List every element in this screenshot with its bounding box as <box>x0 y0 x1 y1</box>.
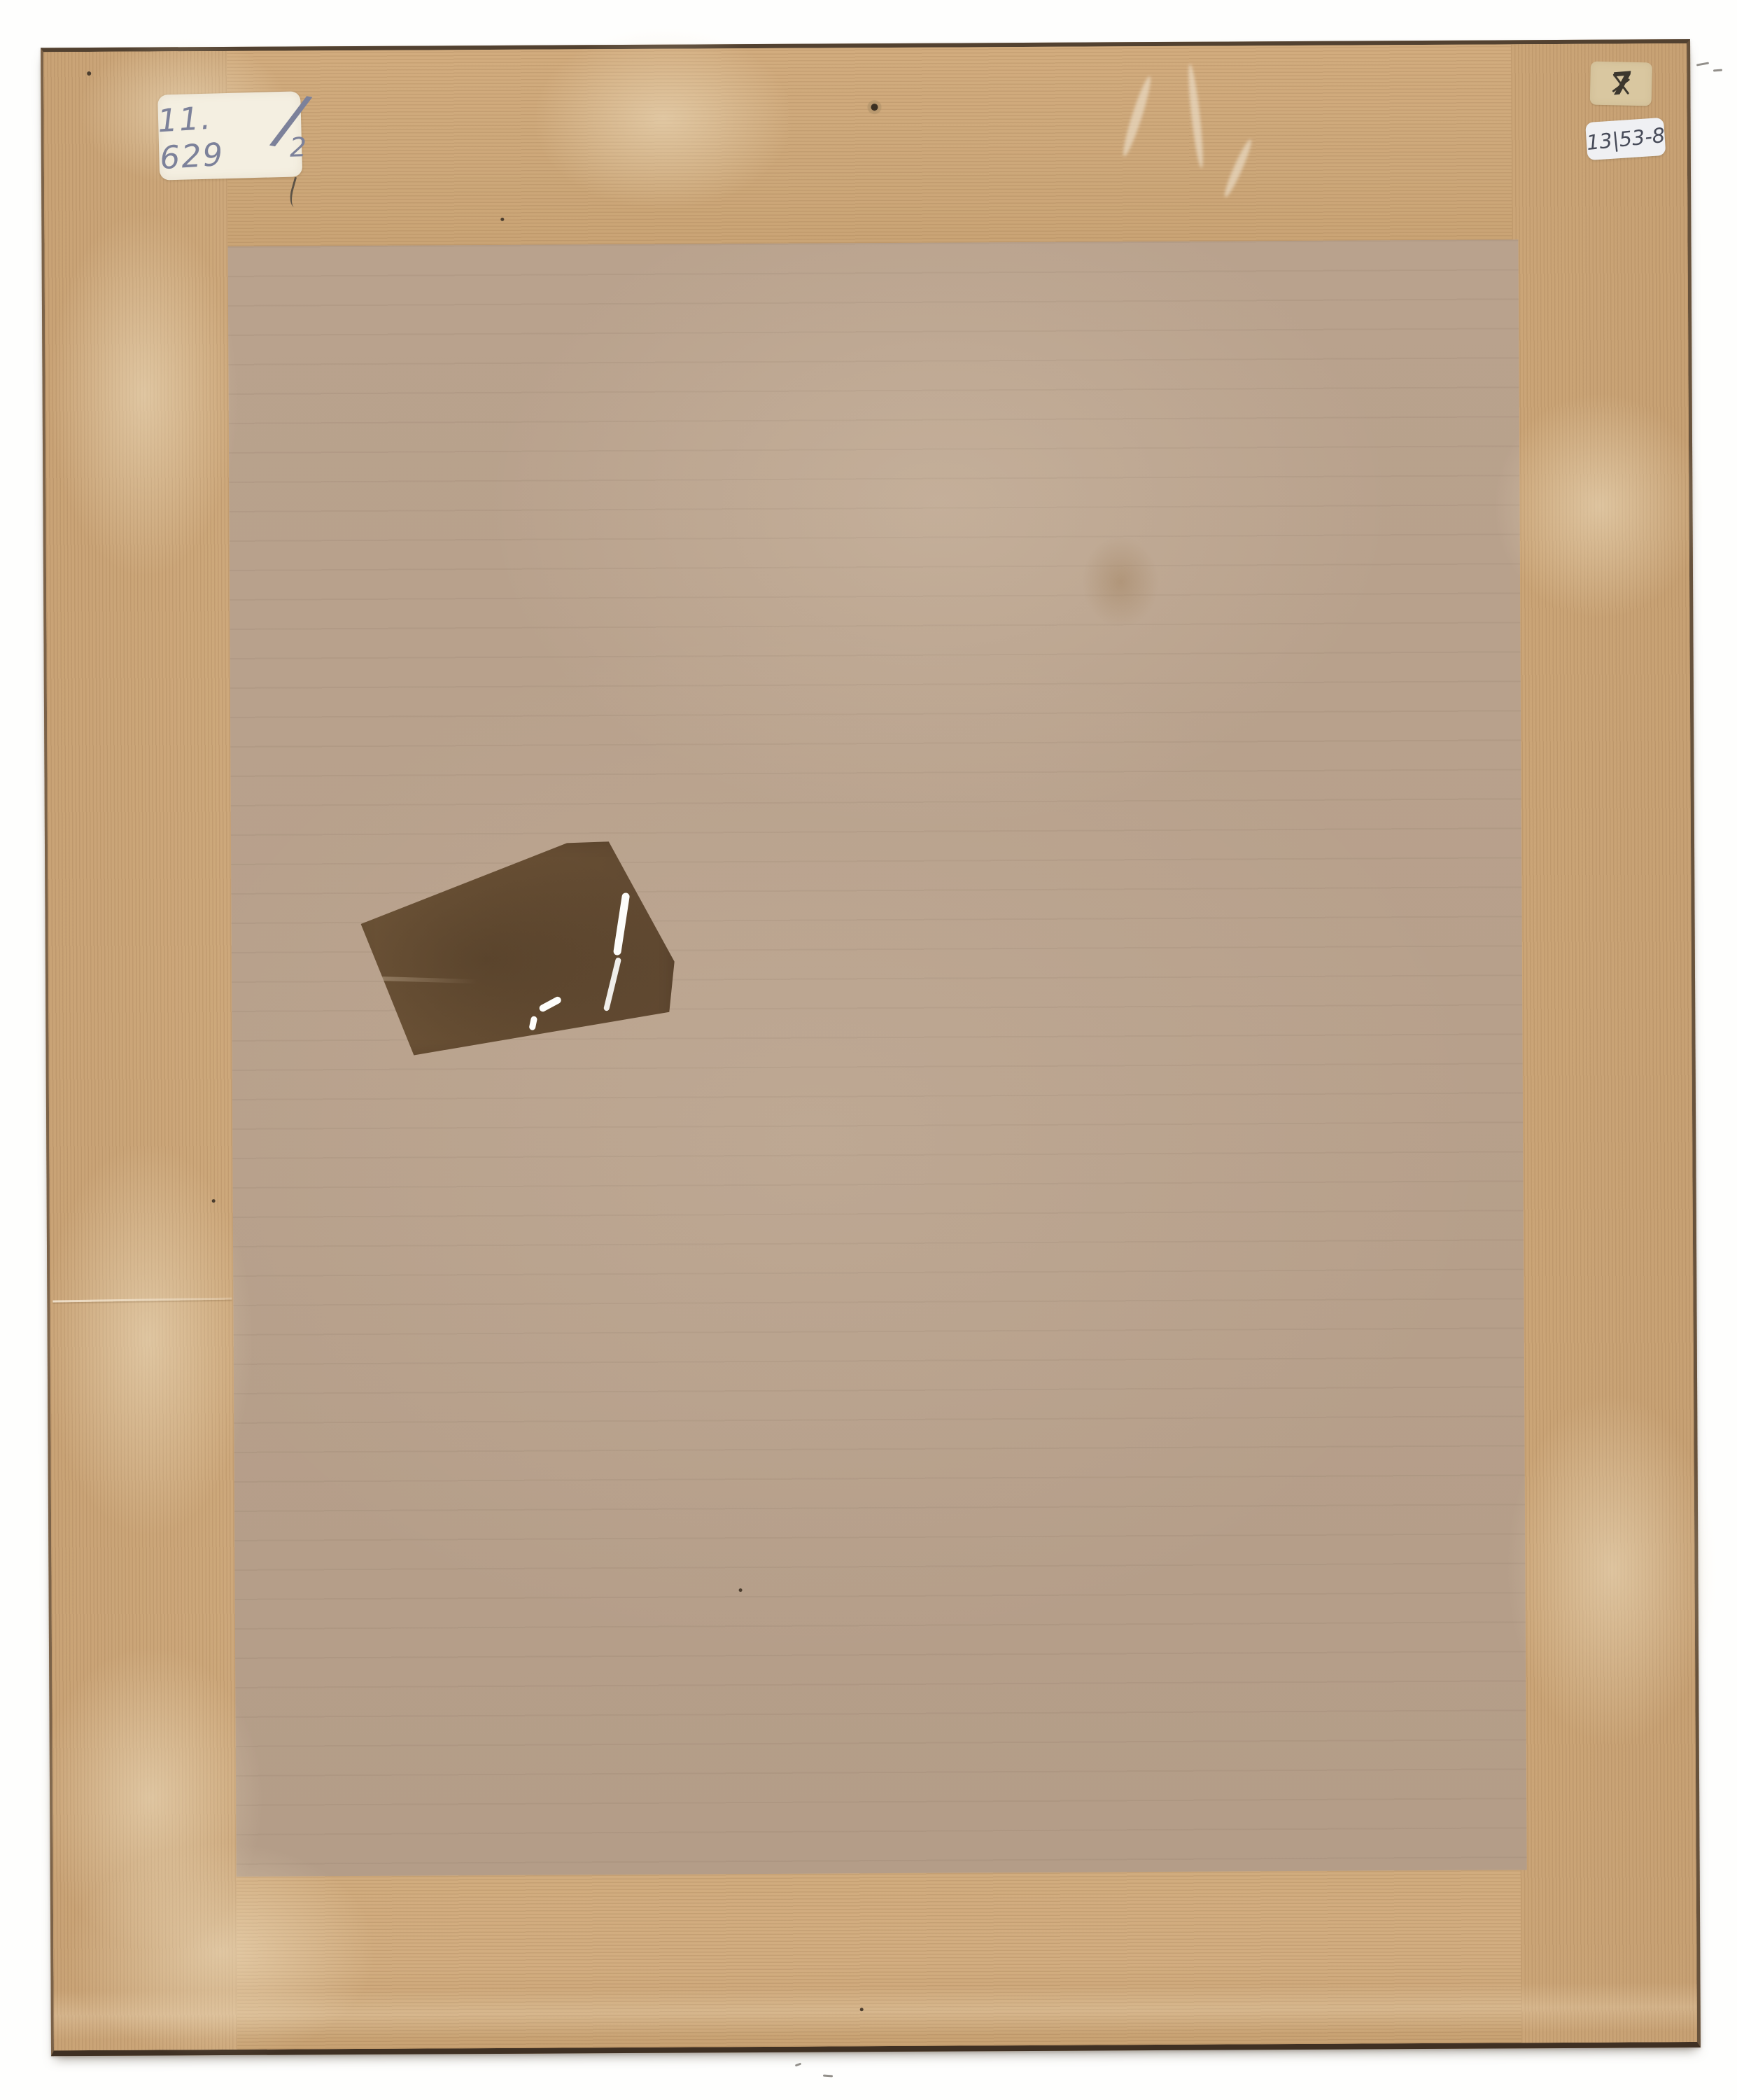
inventory-label-fraction: / 2 <box>267 91 302 177</box>
tape-highlight <box>538 995 563 1013</box>
water-stain <box>42 1143 254 1536</box>
tape-highlight <box>613 892 630 956</box>
water-stain <box>1494 393 1706 619</box>
tape-seam-highlight <box>54 1982 1697 2040</box>
backing-board <box>228 239 1527 1877</box>
tape-highlight <box>528 1016 537 1030</box>
pencil-dash <box>1696 62 1709 66</box>
speck <box>860 2008 864 2011</box>
catalog-label: 13|53-8 <box>1585 118 1666 160</box>
speck <box>500 218 504 221</box>
pencil-dash <box>1713 69 1722 72</box>
inventory-label-text: 11. 629 <box>157 96 271 176</box>
smudge <box>1082 536 1160 628</box>
water-stain <box>48 212 239 577</box>
number-label: 7 <box>1590 62 1652 106</box>
scuff-mark <box>1186 63 1205 168</box>
catalog-label-text: 13|53-8 <box>1585 123 1666 155</box>
crease-mark <box>52 1298 232 1303</box>
speck <box>212 1199 216 1203</box>
scuff-mark <box>1120 75 1155 158</box>
tape-highlight <box>603 957 621 1011</box>
scuff-mark <box>1221 138 1254 199</box>
photo-white-backdrop: 11. 629 / 2 7 13|53-8 <box>0 0 1737 2100</box>
pencil-dash <box>795 2063 801 2067</box>
water-stain <box>533 27 793 211</box>
nail-hole <box>871 104 878 111</box>
pencil-dash <box>823 2075 833 2078</box>
kraft-tape-strip-left <box>43 51 237 2050</box>
water-stain <box>1506 1394 1718 1746</box>
fraction-denominator: 2 <box>289 132 307 163</box>
speck <box>739 1588 743 1592</box>
kraft-tape-strip-right <box>1511 43 1697 2043</box>
frame-back: 11. 629 / 2 7 13|53-8 <box>41 39 1701 2056</box>
speck <box>87 71 91 76</box>
inventory-label: 11. 629 / 2 <box>157 91 302 180</box>
pencil-mark <box>287 177 308 209</box>
water-stain <box>38 1647 263 1949</box>
